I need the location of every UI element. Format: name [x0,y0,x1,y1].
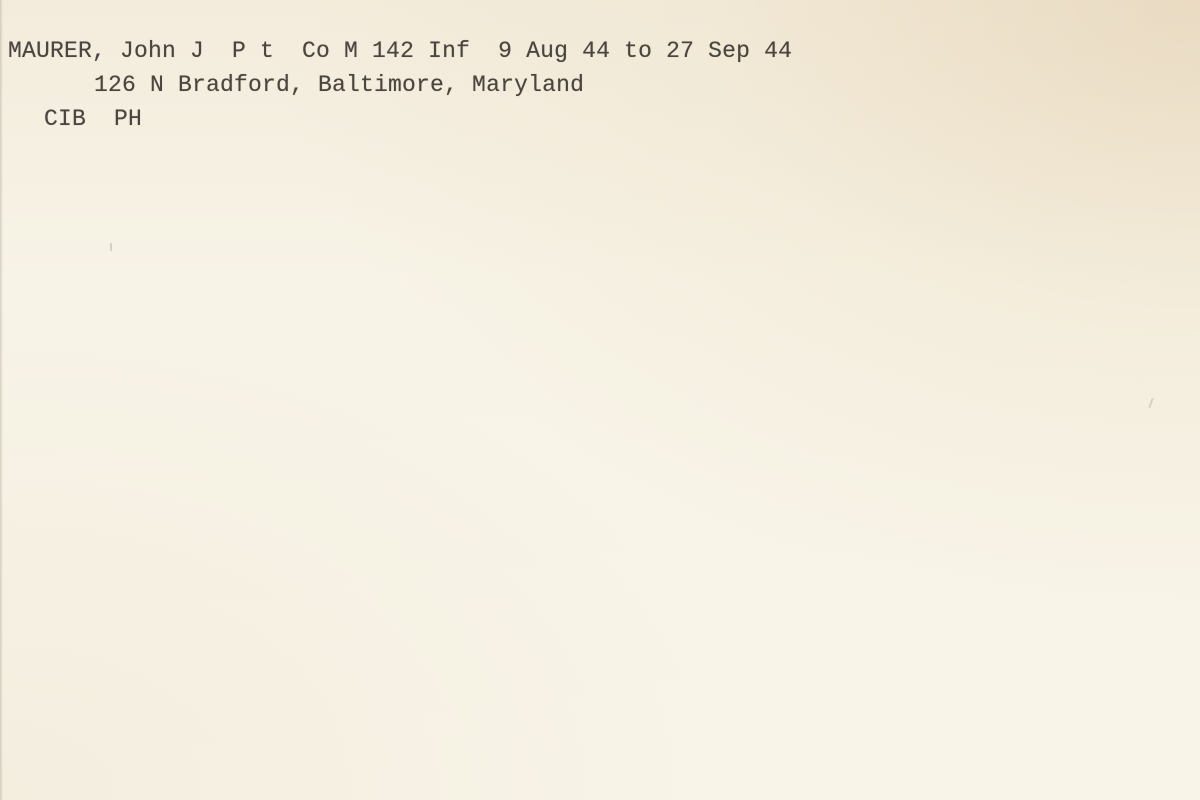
index-card: MAURER, John J P t Co M 142 Inf 9 Aug 44… [0,0,1200,800]
paper-speck [1148,398,1153,408]
address-line: 126 N Bradford, Baltimore, Maryland [94,72,584,98]
card-left-edge-shadow [0,0,3,800]
name-rank-unit-dates-line: MAURER, John J P t Co M 142 Inf 9 Aug 44… [8,38,792,64]
paper-speck [110,243,112,251]
awards-line: CIB PH [44,106,142,132]
